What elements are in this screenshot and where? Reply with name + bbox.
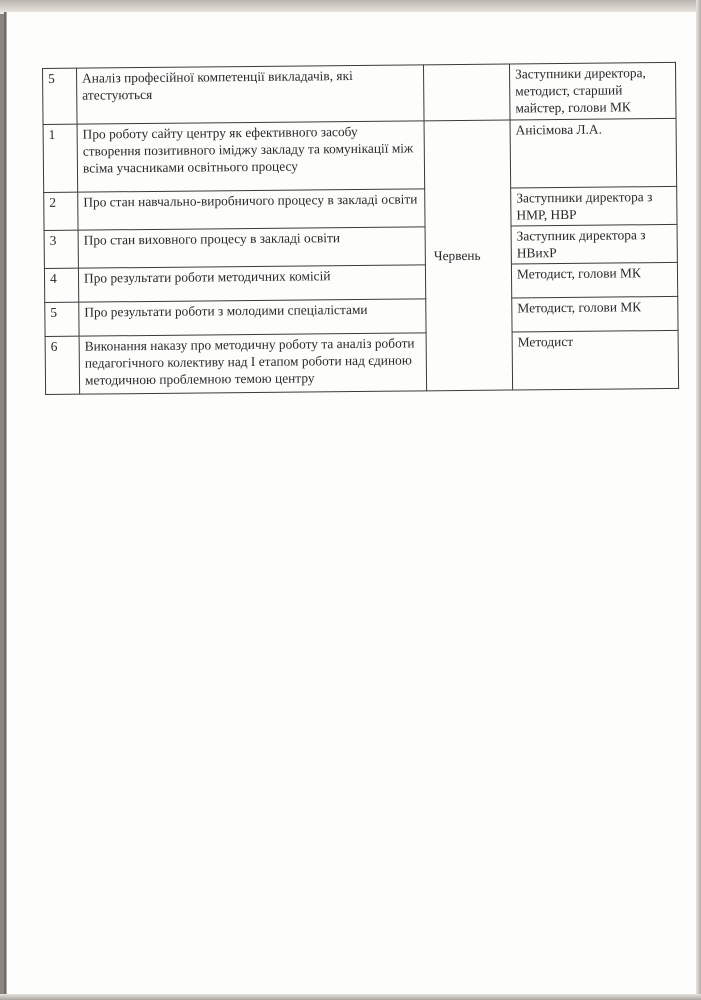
row-number: 5 bbox=[45, 302, 79, 336]
row-number: 1 bbox=[43, 124, 78, 192]
row-description: Про стан навчально-виробничого процесу в… bbox=[78, 189, 425, 230]
row-responsible: Анісімова Л.А. bbox=[510, 118, 677, 188]
scan-right-edge bbox=[696, 0, 701, 1000]
table-row: 1 Про роботу сайту центру як ефективного… bbox=[43, 118, 677, 192]
row-description: Аналіз професійної компетенції викладачі… bbox=[77, 65, 425, 124]
row-responsible: Методист bbox=[512, 330, 679, 390]
table-row: 3 Про стан виховного процесу в закладі о… bbox=[44, 224, 677, 268]
row-description: Про роботу сайту центру як ефективного з… bbox=[77, 121, 425, 192]
row-number: 2 bbox=[44, 192, 78, 230]
row-description: Про результати роботи методичних комісій bbox=[78, 265, 425, 302]
row-responsible: Заступники директора з НМР, НВР bbox=[511, 186, 677, 226]
row-number: 6 bbox=[45, 336, 80, 394]
row-responsible: Методист, голови МК bbox=[512, 296, 678, 332]
row-description: Про стан виховного процесу в закладі осв… bbox=[78, 227, 425, 268]
scan-bottom-edge bbox=[0, 994, 701, 1000]
table-row: 6 Виконання наказу про методичну роботу … bbox=[45, 330, 679, 394]
work-plan-table: 5 Аналіз професійної компетенції виклада… bbox=[42, 62, 679, 395]
row-number: 4 bbox=[44, 268, 78, 302]
row-responsible: Заступники директора, методист, старший … bbox=[509, 62, 676, 120]
row-description: Про результати роботи з молодими спеціал… bbox=[79, 299, 426, 336]
row-responsible: Заступник директора з НВихР bbox=[511, 224, 677, 264]
row-number: 5 bbox=[43, 68, 78, 124]
table-row: 2 Про стан навчально-виробничого процесу… bbox=[44, 186, 677, 230]
row-description: Виконання наказу про методичну роботу та… bbox=[79, 333, 427, 394]
month-cell: Червень bbox=[424, 120, 513, 391]
document-page: 5 Аналіз професійної компетенції виклада… bbox=[4, 12, 698, 994]
row-number: 3 bbox=[44, 230, 78, 268]
table-row: 5 Аналіз професійної компетенції виклада… bbox=[43, 62, 677, 124]
row-responsible: Методист, голови МК bbox=[511, 262, 677, 298]
row-month-empty bbox=[423, 64, 510, 121]
